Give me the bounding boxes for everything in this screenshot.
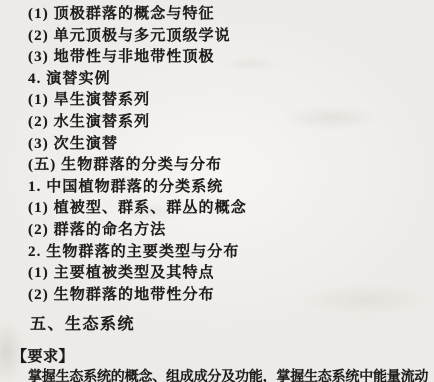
scanned-document-page: (1) 顶极群落的概念与特征 (2) 单元顶极与多元顶级学说 (3) 地带性与非… — [0, 0, 434, 382]
requirements-text: 掌握生态系统的概念、组成成分及功能，掌握生态系统中能量流动 — [0, 367, 434, 382]
outline-item: (五) 生物群落的分类与分布 — [0, 155, 434, 177]
outline-item: (3) 次生演替 — [0, 134, 434, 156]
outline-item: 1. 中国植物群落的分类系统 — [0, 177, 434, 199]
outline-item: (2) 单元顶极与多元顶级学说 — [0, 26, 434, 48]
outline-item: (2) 群落的命名方法 — [0, 220, 434, 242]
outline-item: (1) 植被型、群系、群丛的概念 — [0, 198, 434, 220]
outline-item: (3) 地带性与非地带性顶极 — [0, 47, 434, 69]
outline-item: (2) 生物群落的地带性分布 — [0, 285, 434, 307]
outline-item: (1) 旱生演替系列 — [0, 90, 434, 112]
outline-item: (1) 顶极群落的概念与特征 — [0, 4, 434, 26]
course-outline-list: (1) 顶极群落的概念与特征 (2) 单元顶极与多元顶级学说 (3) 地带性与非… — [0, 0, 434, 306]
section-heading: 五、生态系统 — [0, 314, 434, 336]
requirements-label: 【要求】 — [0, 347, 434, 367]
outline-item: (2) 水生演替系列 — [0, 112, 434, 134]
outline-item: 2. 生物群落的主要类型与分布 — [0, 242, 434, 264]
outline-item: 4. 演替实例 — [0, 69, 434, 91]
outline-item: (1) 主要植被类型及其特点 — [0, 263, 434, 285]
